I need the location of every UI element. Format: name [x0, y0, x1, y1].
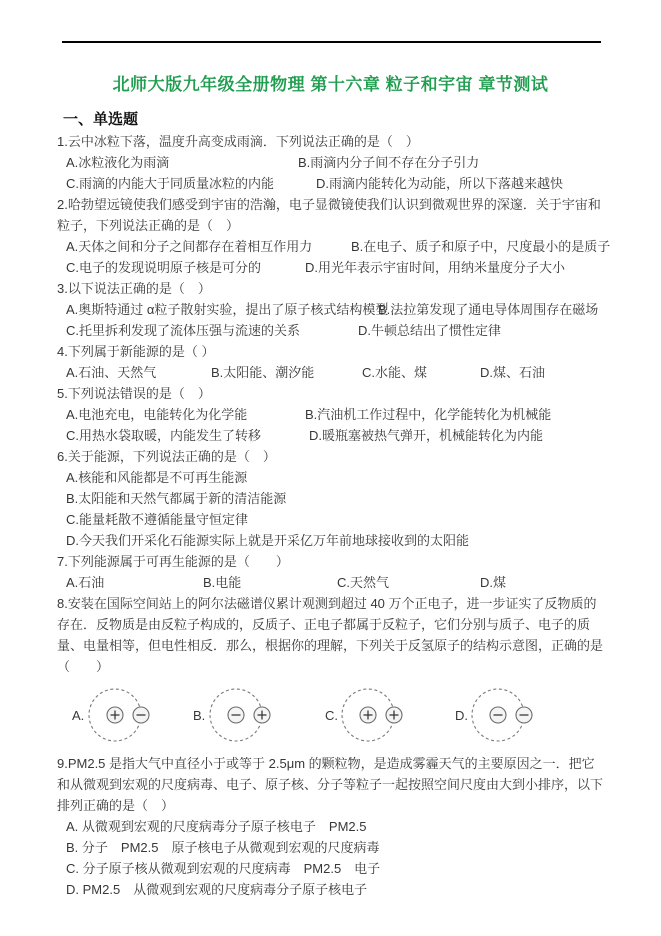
q8-diagram-b: B. — [193, 677, 279, 753]
q8-diagram-a: A. — [72, 677, 158, 753]
document-title: 北师大版九年级全册物理 第十六章 粒子和宇宙 章节测试 — [0, 70, 661, 95]
question-4-options-row: A.石油、天然气 B.太阳能、潮汐能 C.水能、煤 D.煤、石油 — [57, 362, 603, 383]
q8-diagram-c: C. — [325, 677, 411, 753]
question-7-stem: 7.下列能源属于可再生能源的是（ ） — [57, 551, 603, 572]
nucleus-particle — [107, 707, 123, 723]
atom-diagram-c — [339, 677, 411, 753]
question-6-option-b: B.太阳能和天然气都属于新的清洁能源 — [57, 488, 603, 509]
question-3-options-row-2: C.托里拆利发现了流体压强与流速的关系 D.牛顿总结出了惯性定律 — [57, 320, 603, 341]
question-9-option-c: C. 分子原子核从微观到宏观的尺度病毒 PM2.5 电子 — [57, 858, 603, 879]
question-7-option-a: A.石油 — [66, 572, 104, 593]
question-1-option-a: A.冰粒液化为雨滴 — [66, 152, 169, 173]
question-6-option-a: A.核能和风能都是不可再生能源 — [57, 467, 603, 488]
question-7-option-b: B.电能 — [203, 572, 241, 593]
document-page: 北师大版九年级全册物理 第十六章 粒子和宇宙 章节测试 一、单选题 1.云中冰粒… — [0, 0, 661, 936]
question-2-options-row-1: A.天体之间和分子之间都存在着相互作用力 B.在电子、质子和原子中，尺度最小的是… — [57, 236, 603, 257]
question-3-option-c: C.托里拆利发现了流体压强与流速的关系 — [66, 320, 300, 341]
question-1-option-c: C.雨滴的内能大于同质量冰粒的内能 — [66, 173, 274, 194]
question-5-option-c: C.用热水袋取暖，内能发生了转移 — [66, 425, 261, 446]
atom-diagram-a — [86, 677, 158, 753]
question-4-option-d: D.煤、石油 — [480, 362, 545, 383]
question-7-option-d: D.煤 — [480, 572, 506, 593]
question-7-options-row: A.石油 B.电能 C.天然气 D.煤 — [57, 572, 603, 593]
question-3: 3.以下说法正确的是（ ） A.奥斯特通过 α粒子散射实验，提出了原子核式结构模… — [57, 278, 603, 341]
diagram-b-label: B. — [193, 705, 207, 726]
question-5-options-row-1: A.电池充电，电能转化为化学能 B.汽油机工作过程中，化学能转化为机械能 — [57, 404, 603, 425]
question-1-stem: 1.云中冰粒下落，温度升高变成雨滴．下列说法正确的是（ ） — [57, 131, 603, 152]
question-2-options-row-2: C.电子的发现说明原子核是可分的 D.用光年表示宇宙时间，用纳米量度分子大小 — [57, 257, 603, 278]
q8-diagram-d: D. — [455, 677, 541, 753]
orbital-particle — [386, 707, 402, 723]
question-2-option-c: C.电子的发现说明原子核是可分的 — [66, 257, 261, 278]
question-4-stem: 4.下列属于新能源的是（ ） — [57, 341, 603, 362]
question-1-options-row-1: A.冰粒液化为雨滴 B.雨滴内分子间不存在分子引力 — [57, 152, 603, 173]
orbital-particle — [254, 707, 270, 723]
question-4-option-c: C.水能、煤 — [362, 362, 427, 383]
question-5-stem: 5.下列说法错误的是（ ） — [57, 383, 603, 404]
question-7: 7.下列能源属于可再生能源的是（ ） A.石油 B.电能 C.天然气 D.煤 — [57, 551, 603, 593]
question-9-option-a: A. 从微观到宏观的尺度病毒分子原子核电子 PM2.5 — [57, 816, 603, 837]
question-2: 2.哈勃望远镜使我们感受到宇宙的浩瀚，电子显微镜使我们认识到微观世界的深邃．关于… — [57, 194, 603, 278]
diagram-a-label: A. — [72, 705, 86, 726]
question-3-options-row-1: A.奥斯特通过 α粒子散射实验，提出了原子核式结构模型 B.法拉第发现了通电导体… — [57, 299, 603, 320]
question-3-option-b: B.法拉第发现了通电导体周围存在磁场 — [378, 299, 598, 320]
question-1-options-row-2: C.雨滴的内能大于同质量冰粒的内能 D.雨滴内能转化为动能，所以下落越来越快 — [57, 173, 603, 194]
question-9: 9.PM2.5 是指大气中直径小于或等于 2.5μm 的颗粒物，是造成雾霾天气的… — [57, 753, 603, 900]
atom-diagram-b — [207, 677, 279, 753]
nucleus-particle — [360, 707, 376, 723]
question-8: 8.安装在国际空间站上的阿尔法磁谱仪累计观测到超过 40 万个正电子，进一步证实… — [57, 593, 603, 753]
diagram-d-label: D. — [455, 705, 469, 726]
question-8-diagram-row: A. — [57, 677, 603, 753]
question-1-option-d: D.雨滴内能转化为动能，所以下落越来越快 — [316, 173, 563, 194]
question-4-option-b: B.太阳能、潮汐能 — [211, 362, 314, 383]
question-3-option-d: D.牛顿总结出了惯性定律 — [358, 320, 501, 341]
question-4: 4.下列属于新能源的是（ ） A.石油、天然气 B.太阳能、潮汐能 C.水能、煤… — [57, 341, 603, 383]
question-2-stem: 2.哈勃望远镜使我们感受到宇宙的浩瀚，电子显微镜使我们认识到微观世界的深邃．关于… — [57, 194, 603, 236]
question-2-option-b: B.在电子、质子和原子中，尺度最小的是质子 — [351, 236, 610, 257]
question-5-option-b: B.汽油机工作过程中，化学能转化为机械能 — [305, 404, 551, 425]
question-2-option-d: D.用光年表示宇宙时间，用纳米量度分子大小 — [305, 257, 565, 278]
nucleus-particle — [490, 707, 506, 723]
question-5: 5.下列说法错误的是（ ） A.电池充电，电能转化为化学能 B.汽油机工作过程中… — [57, 383, 603, 446]
question-5-option-d: D.暖瓶塞被热气弹开，机械能转化为内能 — [309, 425, 543, 446]
question-5-option-a: A.电池充电，电能转化为化学能 — [66, 404, 247, 425]
orbital-particle — [516, 707, 532, 723]
question-6-option-d: D.今天我们开采化石能源实际上就是开采亿万年前地球接收到的太阳能 — [57, 530, 603, 551]
atom-diagram-d — [469, 677, 541, 753]
question-9-stem: 9.PM2.5 是指大气中直径小于或等于 2.5μm 的颗粒物，是造成雾霾天气的… — [57, 753, 603, 816]
question-3-stem: 3.以下说法正确的是（ ） — [57, 278, 603, 299]
question-6-stem: 6.关于能源，下列说法正确的是（ ） — [57, 446, 603, 467]
nucleus-particle — [228, 707, 244, 723]
question-5-options-row-2: C.用热水袋取暖，内能发生了转移 D.暖瓶塞被热气弹开，机械能转化为内能 — [57, 425, 603, 446]
top-rule — [62, 41, 601, 43]
question-1: 1.云中冰粒下落，温度升高变成雨滴．下列说法正确的是（ ） A.冰粒液化为雨滴 … — [57, 131, 603, 194]
question-8-stem: 8.安装在国际空间站上的阿尔法磁谱仪累计观测到超过 40 万个正电子，进一步证实… — [57, 593, 603, 677]
question-6-option-c: C.能量耗散不遵循能量守恒定律 — [57, 509, 603, 530]
questions-area: 1.云中冰粒下落，温度升高变成雨滴．下列说法正确的是（ ） A.冰粒液化为雨滴 … — [57, 131, 603, 900]
section-heading: 一、单选题 — [63, 108, 138, 129]
orbital-particle — [133, 707, 149, 723]
question-7-option-c: C.天然气 — [337, 572, 389, 593]
diagram-c-label: C. — [325, 705, 339, 726]
question-9-option-d: D. PM2.5 从微观到宏观的尺度病毒分子原子核电子 — [57, 879, 603, 900]
question-6: 6.关于能源，下列说法正确的是（ ） A.核能和风能都是不可再生能源 B.太阳能… — [57, 446, 603, 551]
question-9-option-b: B. 分子 PM2.5 原子核电子从微观到宏观的尺度病毒 — [57, 837, 603, 858]
question-4-option-a: A.石油、天然气 — [66, 362, 156, 383]
question-2-option-a: A.天体之间和分子之间都存在着相互作用力 — [66, 236, 312, 257]
question-1-option-b: B.雨滴内分子间不存在分子引力 — [298, 152, 479, 173]
question-3-option-a: A.奥斯特通过 α粒子散射实验，提出了原子核式结构模型 — [66, 299, 388, 320]
